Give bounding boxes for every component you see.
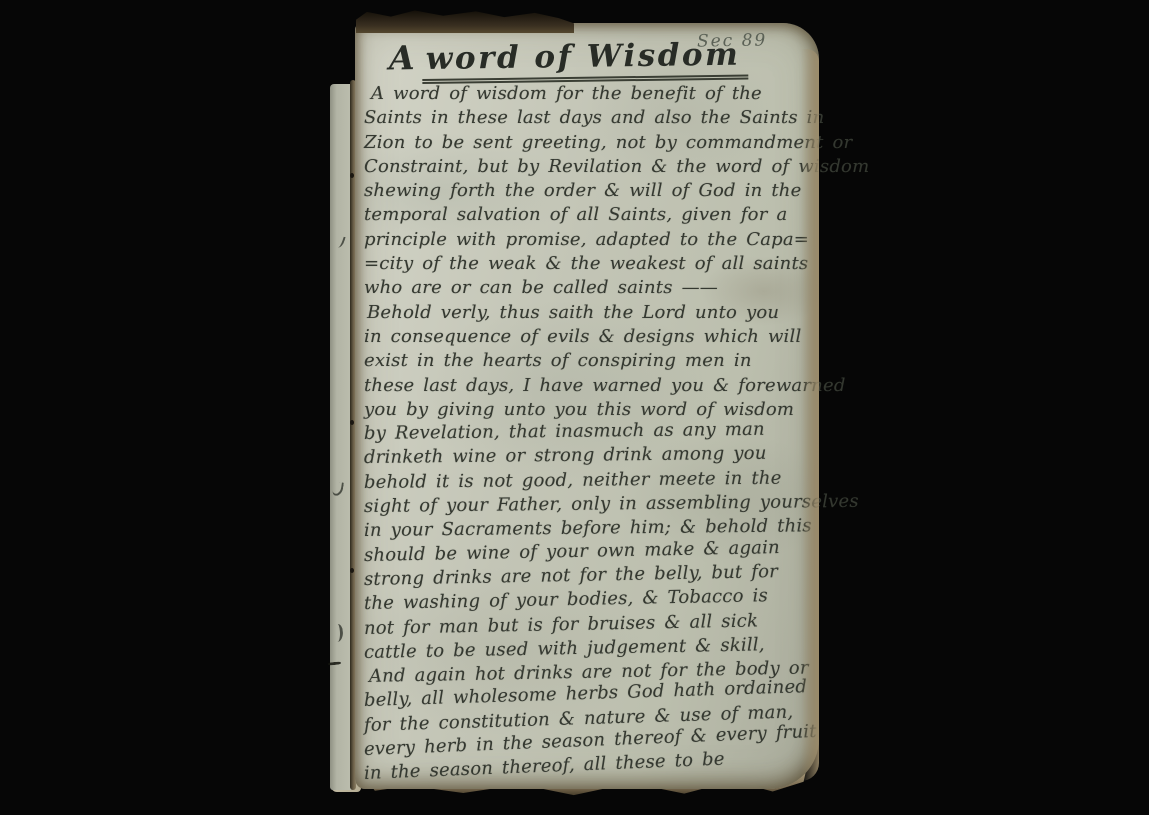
stitch-dot: [350, 173, 354, 178]
manuscript-photo: Sec 89 A word of Wisdom A word of wisdom…: [0, 0, 1149, 815]
stray-ink-mark: [328, 661, 341, 665]
manuscript-line: these last days, I have warned you & for…: [364, 374, 815, 398]
facing-page-strip: [330, 84, 352, 790]
stitch-dot: [350, 420, 354, 425]
manuscript-line: in consequence of evils & designs which …: [364, 325, 815, 349]
manuscript-line: Constraint, but by Revilation & the word…: [364, 155, 815, 179]
page-title-prefix: A: [389, 38, 417, 77]
page-title-underlined: word of Wisdom: [421, 36, 748, 84]
manuscript-line: who are or can be called saints ——: [364, 276, 815, 300]
manuscript-line: principle with promise, adapted to the C…: [364, 228, 815, 252]
stray-ink-mark: [332, 481, 344, 496]
manuscript-line: Behold verly, thus saith the Lord unto y…: [364, 301, 815, 325]
manuscript-line: A word of wisdom for the benefit of the: [364, 82, 815, 106]
manuscript-body: A word of wisdom for the benefit of theS…: [364, 82, 815, 787]
manuscript-line: shewing forth the order & will of God in…: [364, 179, 815, 203]
manuscript-line: exist in the hearts of conspiring men in: [364, 349, 815, 373]
stitch-dot: [350, 568, 354, 573]
torn-top-edge: [356, 9, 574, 33]
manuscript-line: =city of the weak & the weakest of all s…: [364, 252, 815, 276]
manuscript-page: Sec 89 A word of Wisdom A word of wisdom…: [355, 23, 819, 789]
stray-ink-mark: [331, 624, 343, 643]
stray-ink-mark: [336, 235, 345, 248]
page-title: A word of Wisdom: [389, 33, 749, 77]
manuscript-line: temporal salvation of all Saints, given …: [364, 203, 815, 227]
manuscript-line: Zion to be sent greeting, not by command…: [364, 131, 815, 155]
manuscript-line: Saints in these last days and also the S…: [364, 106, 815, 130]
